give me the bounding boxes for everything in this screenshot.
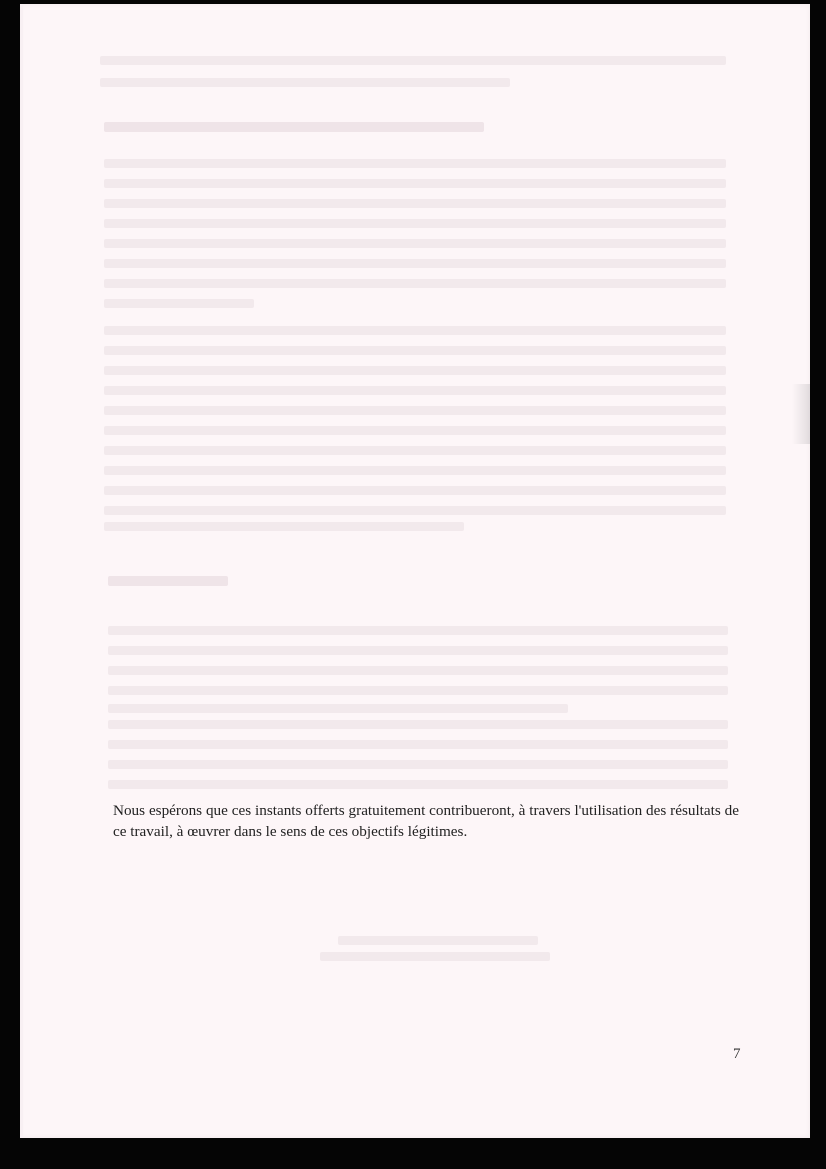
page-edge xyxy=(20,4,23,1138)
faded-heading xyxy=(108,576,228,586)
document-page: Nous espérons que ces instants offerts g… xyxy=(20,4,810,1138)
page-number: 7 xyxy=(733,1046,741,1063)
closing-paragraph: Nous espérons que ces instants offerts g… xyxy=(113,800,739,842)
faded-heading xyxy=(104,122,484,132)
scan-smudge xyxy=(792,384,810,444)
